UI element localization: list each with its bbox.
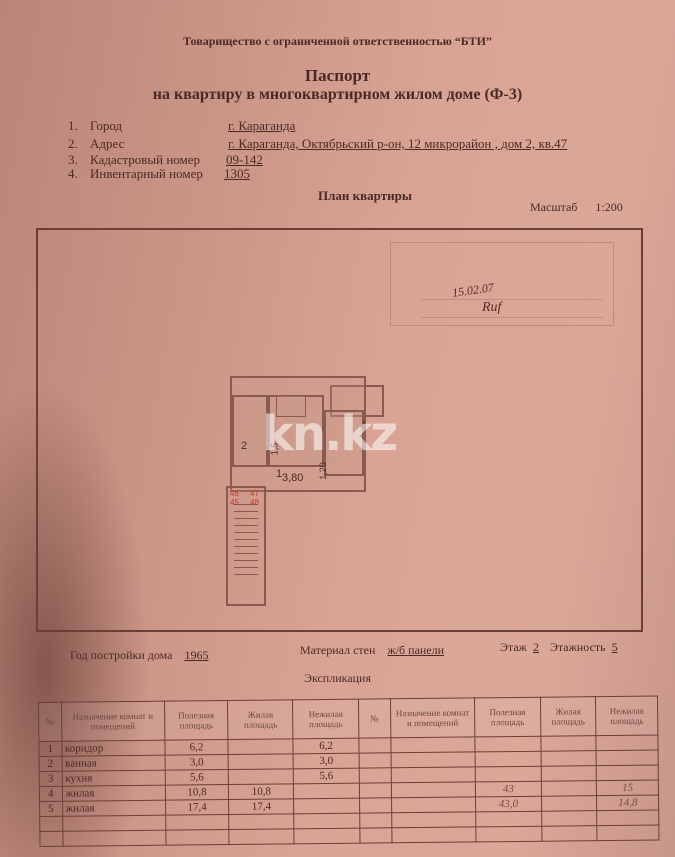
cell-name: кухня <box>62 770 165 786</box>
cell-n: 1 <box>39 741 62 756</box>
plan-title: План квартиры <box>318 188 412 204</box>
apt-number: 46 <box>230 489 239 498</box>
material-value: ж/б панели <box>387 643 444 657</box>
cell-nonliving2: 15 <box>597 780 659 796</box>
info-num: 2. <box>68 136 78 152</box>
cell-n: 5 <box>40 801 63 816</box>
cell-name <box>62 815 165 831</box>
cell-nonliving <box>294 798 359 814</box>
cell-n <box>40 831 63 846</box>
apt-number: 45 <box>230 498 239 507</box>
cell-nonliving <box>294 783 359 799</box>
cell-useful2 <box>476 811 542 827</box>
cell-n: 3 <box>39 771 62 786</box>
cell-name: жилая <box>62 800 165 816</box>
info-label: Город <box>90 118 122 134</box>
cell-name2 <box>391 782 476 798</box>
cell-living <box>228 739 293 755</box>
cell-name: жилая <box>62 785 165 801</box>
cell-nonliving <box>294 828 359 844</box>
cell-nonliving2: 14,8 <box>597 795 659 811</box>
info-value: г. Караганда <box>228 118 295 134</box>
cell-name: ванная <box>62 755 165 771</box>
cell-nonliving: 6,2 <box>293 738 358 754</box>
floor-value: 2 <box>533 640 539 654</box>
cell-name2 <box>391 827 476 843</box>
floors-label: Этажность <box>550 640 606 654</box>
year-built: Год постройки дома1965 <box>70 648 208 663</box>
cell-living2 <box>540 736 596 752</box>
watermark: kn.kz <box>262 406 396 462</box>
cell-name2 <box>391 812 476 828</box>
cell-n2 <box>359 813 391 828</box>
col-header: Назначение комнат и помещений <box>390 698 475 738</box>
dimension-label: 3,80 <box>282 472 303 484</box>
col-header: № <box>358 699 390 738</box>
room-label: 2 <box>241 440 247 452</box>
col-header: Полезная площадь <box>475 697 541 737</box>
signature: Ruf <box>482 300 501 316</box>
cell-useful: 6,2 <box>165 740 229 756</box>
cell-living2 <box>541 781 597 797</box>
cell-living2 <box>541 766 597 782</box>
cell-n2 <box>359 738 391 753</box>
cell-nonliving2 <box>597 825 659 841</box>
organization-name: Товарищество с ограниченной ответственно… <box>0 34 675 49</box>
cell-name2 <box>391 752 476 768</box>
dimension-label: 1,20 <box>318 462 328 480</box>
plan-scale: Масштаб1:200 <box>530 200 623 215</box>
cell-n: 2 <box>39 756 62 771</box>
cell-useful2 <box>475 766 541 782</box>
cell-n2 <box>359 798 391 813</box>
info-num: 1. <box>68 118 78 134</box>
floor-info: Этаж2 Этажность5 <box>500 640 618 655</box>
cell-n <box>40 816 63 831</box>
wall-material: Материал стенж/б панели <box>300 643 444 658</box>
info-row-city: 1. Город г. Караганда <box>0 118 675 134</box>
cell-living <box>228 754 293 770</box>
cell-useful <box>166 830 230 846</box>
explication-table: № Назначение комнат и помещений Полезная… <box>38 696 659 847</box>
scale-value: 1:200 <box>595 200 622 214</box>
info-label: Адрес <box>90 136 124 152</box>
info-num: 4. <box>68 166 78 182</box>
col-header: Назначение комнат и помещений <box>61 701 165 741</box>
cell-nonliving: 5,6 <box>294 768 359 784</box>
info-row-address: 2. Адрес г. Караганда, Октябрьский р-он,… <box>0 136 675 152</box>
cell-living: 17,4 <box>229 799 294 815</box>
cell-useful <box>165 815 229 831</box>
cell-nonliving2 <box>596 735 658 751</box>
col-header: Нежилая площадь <box>596 696 658 736</box>
cell-n: 4 <box>39 786 62 801</box>
cell-name2 <box>391 767 476 783</box>
info-value: г. Караганда, Октябрьский р-он, 12 микро… <box>228 136 567 152</box>
document-title: Паспорт <box>0 66 675 86</box>
cell-living2 <box>541 826 597 842</box>
cell-name <box>62 830 165 846</box>
cell-living: 10,8 <box>229 784 294 800</box>
cell-nonliving2 <box>597 810 659 826</box>
cell-living <box>228 769 293 785</box>
cell-living2 <box>541 751 597 767</box>
col-header: Жилая площадь <box>228 700 294 740</box>
cell-useful2 <box>475 751 541 767</box>
col-header: Нежилая площадь <box>293 699 359 739</box>
info-label: Инвентарный номер <box>90 166 203 182</box>
year-value: 1965 <box>184 648 208 662</box>
cell-useful2: 43,0 <box>476 796 542 812</box>
col-header: Жилая площадь <box>540 697 596 737</box>
apt-number: 47 <box>250 489 259 498</box>
cell-useful2 <box>475 736 541 752</box>
table-header: № Назначение комнат и помещений Полезная… <box>39 696 658 741</box>
col-header: Полезная площадь <box>164 701 228 741</box>
cell-useful2 <box>476 826 542 842</box>
info-row-inventory: 4. Инвентарный номер 1305 <box>0 166 675 182</box>
cell-living <box>229 829 294 845</box>
scale-label: Масштаб <box>530 200 577 214</box>
material-label: Материал стен <box>300 643 375 657</box>
cell-useful: 5,6 <box>165 770 229 786</box>
cell-nonliving2 <box>597 765 659 781</box>
cell-nonliving <box>294 813 359 829</box>
document-subtitle: на квартиру в многоквартирном жилом доме… <box>0 86 675 104</box>
cell-living2 <box>541 796 597 812</box>
cell-living <box>229 814 294 830</box>
cell-name2 <box>391 797 476 813</box>
apt-number: 48 <box>250 498 259 507</box>
explication-title: Экспликация <box>0 671 675 686</box>
cell-name: коридор <box>61 740 164 756</box>
year-label: Год постройки дома <box>70 648 172 662</box>
info-value: 1305 <box>224 166 250 182</box>
col-header: № <box>39 702 62 741</box>
cell-name2 <box>390 737 475 753</box>
cell-n2 <box>359 753 391 768</box>
cell-n2 <box>359 783 391 798</box>
cell-useful: 10,8 <box>165 785 229 801</box>
floors-value: 5 <box>612 640 618 654</box>
approval-stamp <box>390 242 614 326</box>
floor-label: Этаж <box>500 640 527 654</box>
cell-n2 <box>360 828 392 843</box>
cell-useful: 3,0 <box>165 755 229 771</box>
cell-useful: 17,4 <box>165 800 229 816</box>
cell-n2 <box>359 768 391 783</box>
cell-living2 <box>541 811 597 827</box>
cell-useful2: 43 <box>476 781 542 797</box>
cell-nonliving: 3,0 <box>294 753 359 769</box>
cell-nonliving2 <box>596 750 658 766</box>
